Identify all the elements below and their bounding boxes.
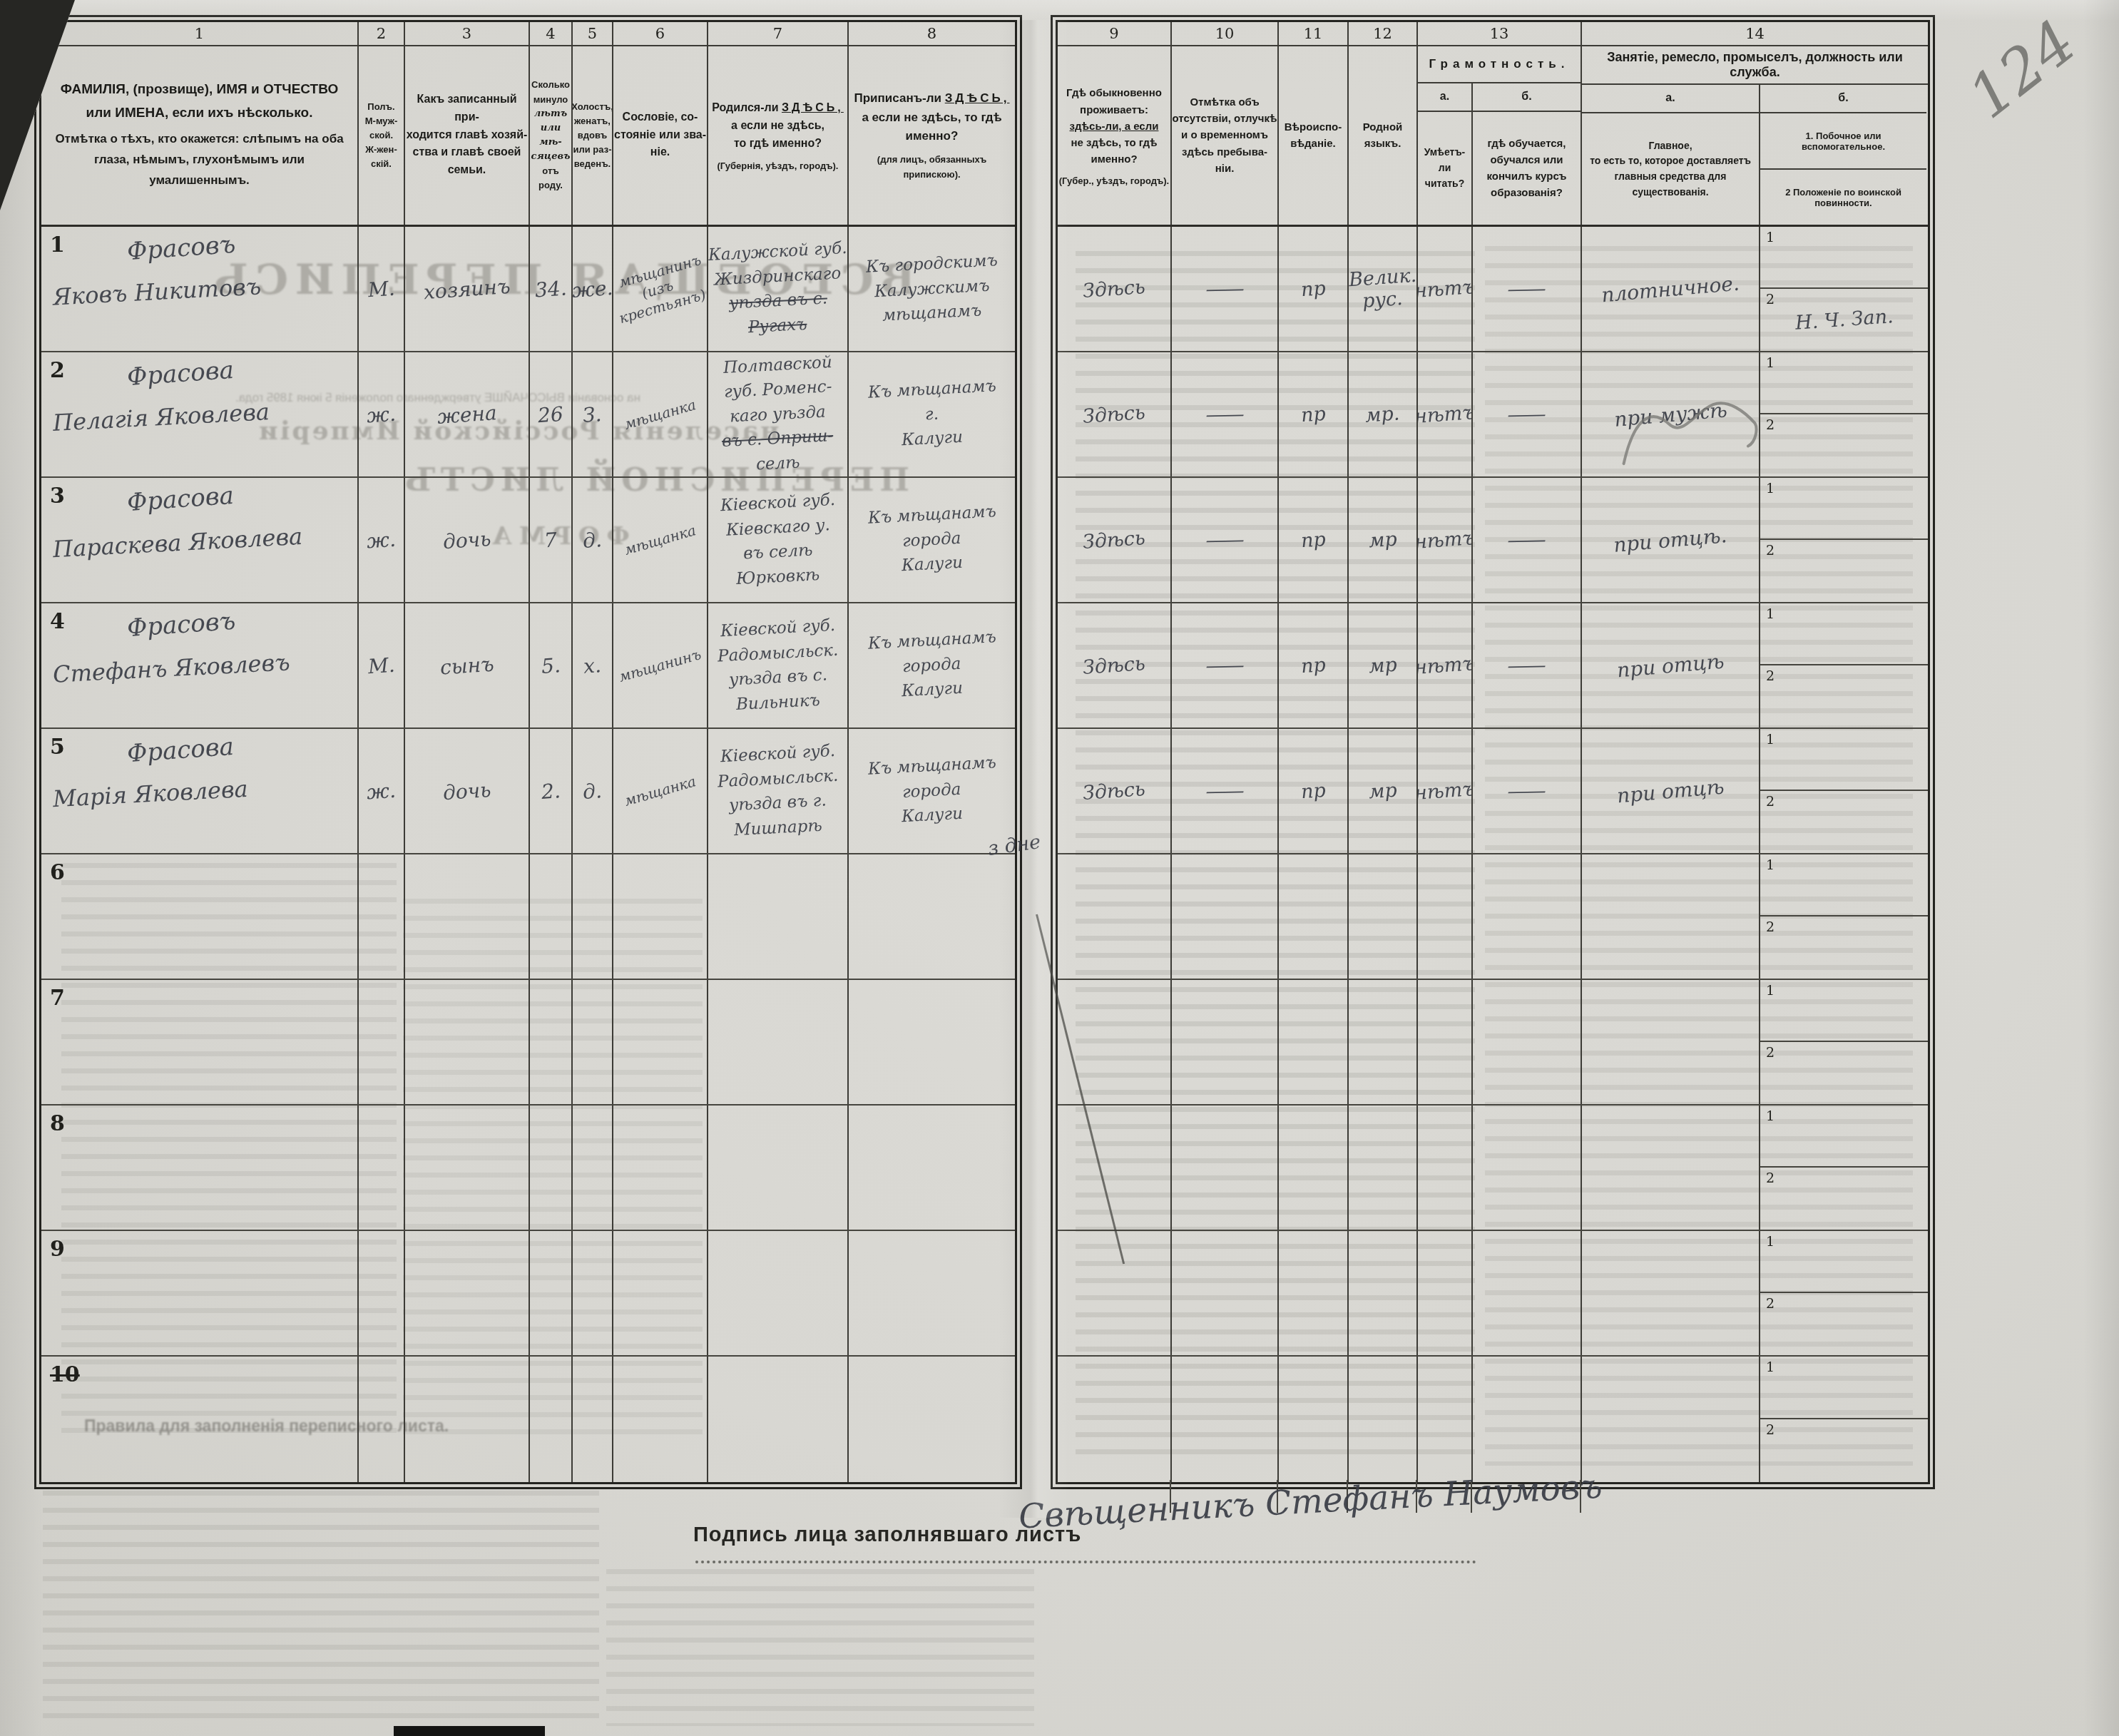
handwritten-surname: Фрасова	[126, 481, 235, 517]
cell-language	[1349, 980, 1418, 1104]
handwritten-language-line: Велик.	[1349, 265, 1417, 292]
header-absence-column: Отмѣтка объотсутствіи, отлучкѣи о времен…	[1172, 46, 1279, 225]
header-text-line: главныя средства для существованія.	[1582, 169, 1759, 200]
header-text-line: ской.	[369, 128, 393, 143]
cell-occupation-main	[1582, 1357, 1760, 1482]
handwritten-absence: —	[1204, 529, 1246, 551]
header-text-line: то есть то, которое доставляетъ	[1590, 153, 1751, 169]
occupation-side-subcell: 1	[1760, 1231, 1928, 1293]
cell-age: 26	[530, 352, 573, 476]
cell-residence: Здѣсь	[1058, 729, 1172, 853]
row-number: 9	[50, 1237, 65, 1262]
header-text-line: вдовъ	[578, 128, 607, 143]
scan-artifact-strip	[394, 1726, 545, 1736]
row-number: 5	[50, 735, 65, 760]
record-row-left: 6	[41, 854, 1015, 980]
cell-birthplace: Полтавскойгуб. Роменс-каго уѣздавъ с. Оп…	[708, 352, 849, 476]
cell-literacy-read	[1418, 854, 1473, 979]
cell-sex: ж.	[359, 478, 405, 602]
row-number: 4	[50, 609, 65, 634]
cell-sex	[359, 1106, 405, 1230]
cell-occupation-side: 12	[1760, 1231, 1928, 1355]
handwritten-residence: Здѣсь	[1082, 652, 1146, 678]
cell-occupation-side: 12	[1760, 478, 1928, 602]
printed-sub-label-2: 2	[1766, 668, 1775, 684]
header-text-line: Вѣроиспо-	[1285, 119, 1342, 136]
occupation-side-subcell: 1	[1760, 729, 1928, 791]
occupation-side-subcell: 1	[1760, 603, 1928, 665]
cell-registration: Къ городскимъКалужскимъмѣщанамъ	[849, 227, 1015, 351]
handwritten-relation: сынъ	[439, 652, 495, 679]
military-status-subcell: 2	[1760, 540, 1928, 602]
handwritten-language-line: мр	[1368, 528, 1398, 552]
cell-age	[530, 1231, 573, 1355]
cell-sex	[359, 980, 405, 1104]
cell-occupation-main: плотничное.	[1582, 227, 1760, 351]
handwritten-birthplace-line: Мишпарѣ	[733, 813, 822, 842]
handwritten-relation: хозяинъ	[423, 274, 511, 303]
handwritten-absence: —	[1204, 277, 1246, 300]
handwritten-age: 34.	[534, 276, 568, 302]
handwritten-marital: З.	[582, 402, 603, 427]
header-text-line: или раз-	[573, 143, 612, 157]
header-text-line: веденъ.	[574, 157, 611, 171]
header-text-line: читать?	[1425, 176, 1464, 192]
handwritten-estate-line: мѣщанка	[622, 772, 698, 810]
cell-absence: —	[1172, 603, 1279, 727]
handwritten-residence: Здѣсь	[1082, 401, 1146, 427]
col-number: 11	[1279, 22, 1349, 45]
cell-relation	[405, 1106, 530, 1230]
cell-language: мр	[1349, 603, 1418, 727]
header-birthplace-emph: ЗДѢСЬ,	[782, 102, 844, 114]
cell-occupation-main: при отцѣ.	[1582, 478, 1760, 602]
col-number: 10	[1172, 22, 1279, 45]
cell-marital	[573, 1106, 613, 1230]
cell-marital: д.	[573, 478, 613, 602]
handwritten-literacy-read: нѣтъ	[1418, 778, 1473, 805]
header-literacy-group: Грамотность. а. Умѣетъ-личитать? б. гдѣ …	[1418, 46, 1582, 225]
cell-residence: Здѣсь	[1058, 352, 1172, 476]
occupation-side-subcell: 1	[1760, 227, 1928, 289]
header-text-line: Какъ записанный при-	[405, 91, 529, 127]
handwritten-residence: Здѣсь	[1082, 777, 1146, 804]
handwritten-occupation-main: при отцѣ	[1616, 649, 1725, 682]
military-status-subcell: 2	[1760, 916, 1928, 979]
cell-absence: —	[1172, 729, 1279, 853]
cell-language: мр	[1349, 729, 1418, 853]
printed-sub-label-2: 2	[1766, 1170, 1775, 1186]
row-number: 7	[50, 986, 65, 1011]
cell-name: 7	[41, 980, 359, 1104]
record-row-right: 12	[1058, 980, 1928, 1106]
occupation-side-subcell: 1	[1760, 1106, 1928, 1168]
header-text-line: и о временномъ	[1181, 127, 1268, 143]
record-row-right: Здѣсь—прмрнѣтъ—при отцѣ12	[1058, 729, 1928, 854]
printed-sub-label-1: 1	[1766, 230, 1775, 245]
record-row-left: 2ФрасоваПелагія Яковлеваж.жена26З.мѣщанк…	[41, 352, 1015, 478]
cell-estate	[613, 1106, 708, 1230]
header-text-line: ніи.	[1215, 160, 1235, 177]
cell-literacy-education	[1473, 1106, 1582, 1230]
cell-language: Велик.рус.	[1349, 227, 1418, 351]
cell-occupation-side: 12	[1760, 603, 1928, 727]
col-number: 8	[849, 22, 1015, 45]
cell-name: 3ФрасоваПараскева Яковлева	[41, 478, 359, 602]
cell-occupation-main	[1582, 854, 1760, 979]
handwritten-religion: пр	[1300, 779, 1327, 802]
header-occupation-military: 2 Положеніе по воинской повинности.	[1760, 170, 1926, 225]
handwritten-age: 2.	[541, 779, 561, 804]
handwritten-occupation-main: плотничное.	[1600, 271, 1740, 307]
handwritten-given-names: Марія Яковлева	[52, 775, 248, 812]
header-estate-column: Сословіе, со-стояніе или зва-ніе.	[613, 46, 708, 225]
handwritten-literacy-education: —	[1506, 403, 1548, 426]
header-text-line: а если не здѣсь,	[731, 118, 824, 136]
handwritten-estate-line: мѣщанка	[622, 396, 698, 433]
cell-absence: —	[1172, 227, 1279, 351]
handwritten-sex: ж.	[366, 402, 397, 427]
header-occupation-b: б. 1. Побочное или вспомогательное. 2 По…	[1760, 85, 1926, 225]
cell-estate	[613, 980, 708, 1104]
col-number: 4	[530, 22, 573, 45]
row-number: 2	[50, 358, 65, 383]
cell-age	[530, 1357, 573, 1482]
col-number: 2	[359, 22, 405, 45]
record-row-right: Здѣсь—прмр.нѣтъ—при мужѣ12	[1058, 352, 1928, 478]
handwritten-registration-line: Къ мѣщанамъ	[867, 374, 996, 406]
cell-relation: жена	[405, 352, 530, 476]
cell-absence: —	[1172, 352, 1279, 476]
record-row-left: 1ФрасовъЯковъ НикитовъМ.хозяинъ34.же.мѣщ…	[41, 227, 1015, 352]
header-occupation-title: Занятіе, ремесло, промыселъ, должность и…	[1582, 46, 1928, 85]
handwritten-literacy-education: —	[1506, 654, 1548, 677]
cell-sex	[359, 1231, 405, 1355]
header-text-line: Холостъ,	[573, 100, 613, 114]
cell-birthplace: Кіевской губ.Кіевскаго у.въ селѣЮрковкѣ	[708, 478, 849, 602]
handwritten-marital: х.	[583, 653, 602, 678]
cell-residence	[1058, 1231, 1172, 1355]
handwritten-given-names: Стефанъ Яковлевъ	[52, 648, 290, 688]
cell-literacy-education: —	[1473, 603, 1582, 727]
military-status-subcell: 2	[1760, 1419, 1928, 1482]
header-text-line: именно?	[862, 127, 1001, 145]
handwritten-given-names: Пелагія Яковлева	[52, 398, 270, 436]
record-row-right: 12	[1058, 1106, 1928, 1231]
cell-residence: Здѣсь	[1058, 478, 1172, 602]
header-text-line: вѣданіе.	[1290, 136, 1335, 152]
header-marital-column: Холостъ,женатъ,вдовъили раз-веденъ.	[573, 46, 613, 225]
cell-relation: сынъ	[405, 603, 530, 727]
header-name-column: ФАМИЛІЯ, (прозвище), ИМЯ и ОТЧЕСТВО или …	[41, 46, 359, 225]
handwritten-surname: Фрасова	[126, 732, 235, 768]
col-number: 3	[405, 22, 530, 45]
cell-occupation-side: 12	[1760, 352, 1928, 476]
header-text-line: лѣтъ	[534, 107, 567, 121]
cell-estate	[613, 1231, 708, 1355]
handwritten-literacy-education: —	[1506, 529, 1548, 551]
header-text-line: Сколько	[531, 78, 570, 92]
cell-language	[1349, 1357, 1418, 1482]
header-text-line: Главное,	[1648, 138, 1692, 154]
handwritten-birthplace-line: въ с. Оприш-	[722, 424, 834, 454]
handwritten-surname: Фрасовъ	[126, 607, 237, 643]
handwritten-absence: —	[1204, 780, 1246, 802]
printed-sub-label-2: 2	[1766, 919, 1775, 935]
cell-registration	[849, 1357, 1015, 1482]
handwritten-marital: же.	[573, 276, 613, 302]
handwritten-birthplace-line: въ селѣ	[742, 538, 813, 566]
cell-name: 10	[41, 1357, 359, 1482]
cell-residence: Здѣсь	[1058, 603, 1172, 727]
cell-birthplace: Калужской губ.Жиздринскагоуѣзда въ с.Руг…	[708, 227, 849, 351]
header-registration-pre: Приписанъ-ли	[854, 91, 941, 105]
header-text-line: кончилъ курсъ	[1487, 168, 1567, 185]
military-status-subcell: 2Н. Ч. Зап.	[1760, 289, 1928, 351]
cell-occupation-main: при отцѣ	[1582, 729, 1760, 853]
handwritten-registration-line: города	[902, 526, 961, 554]
cell-marital	[573, 980, 613, 1104]
cell-language	[1349, 1231, 1418, 1355]
handwritten-estate-line: мѣщанинъ	[617, 645, 703, 686]
handwritten-registration-line: Калуги	[901, 802, 964, 829]
cell-occupation-main	[1582, 1231, 1760, 1355]
header-name-title: ФАМИЛІЯ, (прозвище), ИМЯ и ОТЧЕСТВО или …	[47, 78, 352, 125]
occupation-side-subcell: 1	[1760, 478, 1928, 540]
handwritten-registration-line: города	[902, 652, 961, 680]
cell-absence: —	[1172, 478, 1279, 602]
handwritten-registration-line: г.	[924, 402, 939, 427]
cell-marital: же.	[573, 227, 613, 351]
header-text-line: то гдѣ именно?	[731, 136, 824, 153]
handwritten-birthplace-line: Вильникъ	[735, 688, 821, 717]
handwritten-sex: ж.	[366, 778, 397, 804]
header-text-line: Ж-жен-	[365, 143, 397, 157]
handwritten-military-status: Н. Ч. Зап.	[1794, 305, 1894, 335]
handwritten-registration-line: мѣщанамъ	[882, 299, 982, 329]
header-occupation-a: а. Главное,то есть то, которое доставляе…	[1582, 85, 1760, 225]
cell-religion	[1279, 980, 1349, 1104]
military-status-subcell: 2	[1760, 1168, 1928, 1230]
col-number: 1	[41, 22, 359, 45]
printed-sub-label-1: 1	[1766, 857, 1775, 873]
census-table-right: 9 10 11 12 13 14 Гдѣ обыкновеннопроживае…	[1056, 20, 1930, 1484]
header-literacy-b-label: б.	[1473, 83, 1581, 112]
cell-registration: Къ мѣщанамъг.Калуги	[849, 352, 1015, 476]
header-language-column: Роднойязыкъ.	[1349, 46, 1418, 225]
cell-occupation-main	[1582, 980, 1760, 1104]
header-text-line: скій.	[371, 157, 392, 171]
cell-literacy-read: нѣтъ	[1418, 603, 1473, 727]
cell-birthplace: Кіевской губ.Радомысльск.уѣзда въ с.Виль…	[708, 603, 849, 727]
header-birthplace-column: Родился-ли ЗДѢСЬ, а если не здѣсь,то гдѣ…	[708, 46, 849, 225]
header-text-line: (для лицъ, обязанныхъ	[877, 153, 986, 167]
cell-occupation-main: при отцѣ	[1582, 603, 1760, 727]
handwritten-literacy-education: —	[1506, 780, 1548, 802]
cell-literacy-education	[1473, 854, 1582, 979]
cell-residence	[1058, 1357, 1172, 1482]
cell-sex: М.	[359, 603, 405, 727]
handwritten-language-line: мр	[1368, 779, 1398, 803]
handwritten-given-names: Параскева Яковлева	[52, 523, 303, 563]
handwritten-literacy-read: нѣтъ	[1418, 653, 1473, 679]
cell-marital	[573, 1357, 613, 1482]
cell-marital	[573, 1231, 613, 1355]
record-row-left: 4ФрасовъСтефанъ ЯковлевъМ.сынъ5.х.мѣщани…	[41, 603, 1015, 729]
cell-marital: х.	[573, 603, 613, 727]
header-residence-paren: (Губер., уѣздъ, городъ).	[1059, 175, 1169, 186]
handwritten-residence: Здѣсь	[1082, 526, 1146, 553]
header-text-line: не здѣсь, то гдѣ	[1066, 135, 1162, 151]
header-text-line: сяцевъ	[531, 150, 571, 164]
header-birthplace-pre: Родился-ли	[712, 102, 778, 114]
cell-age: 7	[530, 478, 573, 602]
handwritten-surname: Фрасова	[126, 356, 235, 392]
printed-sub-label-1: 1	[1766, 355, 1775, 371]
cell-literacy-education	[1473, 1231, 1582, 1355]
cell-language	[1349, 1106, 1418, 1230]
col-number: 7	[708, 22, 849, 45]
header-text-line: отсутствіи, отлучкѣ	[1173, 111, 1277, 127]
record-row-left: 5ФрасоваМарія Яковлеваж.дочь2.д.мѣщанкаК…	[41, 729, 1015, 854]
printed-sub-label-1: 1	[1766, 1359, 1775, 1375]
header-text-line: ства и главѣ своей	[413, 144, 521, 162]
military-status-subcell: 2	[1760, 665, 1928, 727]
cell-name: 9	[41, 1231, 359, 1355]
cell-religion	[1279, 1231, 1349, 1355]
cell-sex	[359, 1357, 405, 1482]
handwritten-given-names: Яковъ Никитовъ	[52, 272, 262, 310]
cell-birthplace	[708, 1357, 849, 1482]
col-number: 13	[1418, 22, 1582, 45]
cell-absence	[1172, 980, 1279, 1104]
printed-sub-label-2: 2	[1766, 794, 1775, 810]
cell-registration: Къ мѣщанамъгородаКалуги	[849, 603, 1015, 727]
handwritten-age: 5.	[541, 653, 561, 678]
cell-age: 2.	[530, 729, 573, 853]
header-occupation-side: 1. Побочное или вспомогательное.	[1760, 113, 1926, 170]
cell-language: мр	[1349, 478, 1418, 602]
table-header-right: Гдѣ обыкновеннопроживаетъ:здѣсь-ли, а ес…	[1058, 46, 1928, 227]
handwritten-religion: пр	[1300, 653, 1327, 677]
bleedthrough-paragraphs	[606, 1569, 1034, 1726]
cell-age: 34.	[530, 227, 573, 351]
handwritten-estate-line: мѣщанка	[622, 521, 698, 558]
printed-sub-label-2: 2	[1766, 1045, 1775, 1061]
printed-sub-label-1: 1	[1766, 606, 1775, 622]
handwritten-age: 26	[537, 402, 564, 427]
col-number: 6	[613, 22, 708, 45]
cell-sex: М.	[359, 227, 405, 351]
cell-occupation-side: 12	[1760, 1357, 1928, 1482]
bleedthrough-paragraphs	[43, 1491, 599, 1719]
cell-relation	[405, 854, 530, 979]
cell-sex: ж.	[359, 729, 405, 853]
cell-residence: Здѣсь	[1058, 227, 1172, 351]
handwritten-language-line: мр.	[1364, 402, 1400, 427]
occupation-side-subcell: 1	[1760, 854, 1928, 916]
cell-religion: пр	[1279, 478, 1349, 602]
header-text-line: а если не здѣсь, то гдѣ	[862, 108, 1001, 127]
col-number: 12	[1349, 22, 1418, 45]
occupation-side-subcell: 1	[1760, 352, 1928, 414]
header-text-line: Умѣетъ-	[1424, 145, 1466, 160]
header-literacy-a: а. Умѣетъ-личитать?	[1418, 83, 1473, 225]
cell-language	[1349, 854, 1418, 979]
header-occupation-group: Занятіе, ремесло, промыселъ, должность и…	[1582, 46, 1928, 225]
cell-occupation-side: 12Н. Ч. Зап.	[1760, 227, 1928, 351]
handwritten-literacy-read: нѣтъ	[1418, 402, 1473, 428]
header-age-column: Сколькоминулолѣтъили мѣ-сяцевъотъ роду.	[530, 46, 573, 225]
handwritten-birthplace-line: Кіевскаго у.	[725, 513, 831, 543]
cell-literacy-read	[1418, 1106, 1473, 1230]
cell-registration	[849, 1106, 1015, 1230]
record-row-left: 7	[41, 980, 1015, 1106]
header-residence-column: Гдѣ обыкновеннопроживаетъ:здѣсь-ли, а ес…	[1058, 46, 1172, 225]
military-status-subcell: 2	[1760, 414, 1928, 476]
military-status-subcell: 2	[1760, 1293, 1928, 1355]
cell-birthplace	[708, 854, 849, 979]
cell-birthplace	[708, 1231, 849, 1355]
row-number: 3	[50, 484, 65, 509]
cell-residence	[1058, 980, 1172, 1104]
record-row-left: 10	[41, 1357, 1015, 1482]
cell-religion	[1279, 1106, 1349, 1230]
handwritten-relation: дочь	[442, 777, 491, 805]
header-text-line: Отмѣтка объ	[1190, 94, 1259, 111]
cell-estate: мѣщанинъ	[613, 603, 708, 727]
header-text-line: или мѣ-	[530, 121, 571, 150]
cell-age	[530, 854, 573, 979]
printed-sub-label-1: 1	[1766, 732, 1775, 747]
cell-literacy-read: нѣтъ	[1418, 227, 1473, 351]
cell-relation	[405, 980, 530, 1104]
cell-literacy-read	[1418, 1357, 1473, 1482]
header-text-line: Сословіе, со-	[623, 109, 698, 127]
record-row-right: 12	[1058, 854, 1928, 980]
printed-sub-label-2: 2	[1766, 292, 1775, 307]
header-literacy-a-label: а.	[1418, 83, 1471, 112]
handwritten-religion: пр	[1300, 528, 1327, 551]
header-registration-column: Приписанъ-ли ЗДѢСЬ, а если не здѣсь, то …	[849, 46, 1015, 225]
header-text-line: ніе.	[650, 144, 670, 162]
row-number: 10	[50, 1362, 80, 1387]
cell-birthplace: Кіевской губ.Радомысльск.уѣзда въ г.Мишп…	[708, 729, 849, 853]
handwritten-sex: М.	[367, 653, 396, 678]
printed-sub-label-2: 2	[1766, 1422, 1775, 1438]
record-row-left: 9	[41, 1231, 1015, 1357]
header-text-line: ли	[1439, 160, 1451, 176]
cell-absence	[1172, 854, 1279, 979]
cell-occupation-main	[1582, 1106, 1760, 1230]
printed-sub-label-2: 2	[1766, 543, 1775, 558]
cell-name: 5ФрасоваМарія Яковлева	[41, 729, 359, 853]
printed-sub-label-1: 1	[1766, 983, 1775, 999]
record-row-left: 3ФрасоваПараскева Яковлеваж.дочь7д.мѣщан…	[41, 478, 1015, 603]
cell-relation: хозяинъ	[405, 227, 530, 351]
header-relation-column: Какъ записанный при-ходится главѣ хозяй-…	[405, 46, 530, 225]
cell-name: 4ФрасовъСтефанъ Яковлевъ	[41, 603, 359, 727]
cell-estate	[613, 854, 708, 979]
header-registration-emph: ЗДѢСЬ,	[945, 91, 1010, 105]
cell-estate: мѣщанка	[613, 729, 708, 853]
cell-literacy-education: —	[1473, 352, 1582, 476]
handwritten-registration-line: Къ мѣщанамъ	[867, 751, 996, 782]
cell-literacy-read: нѣтъ	[1418, 352, 1473, 476]
cell-registration	[849, 980, 1015, 1104]
cell-relation	[405, 1231, 530, 1355]
signature-line	[695, 1535, 1476, 1563]
